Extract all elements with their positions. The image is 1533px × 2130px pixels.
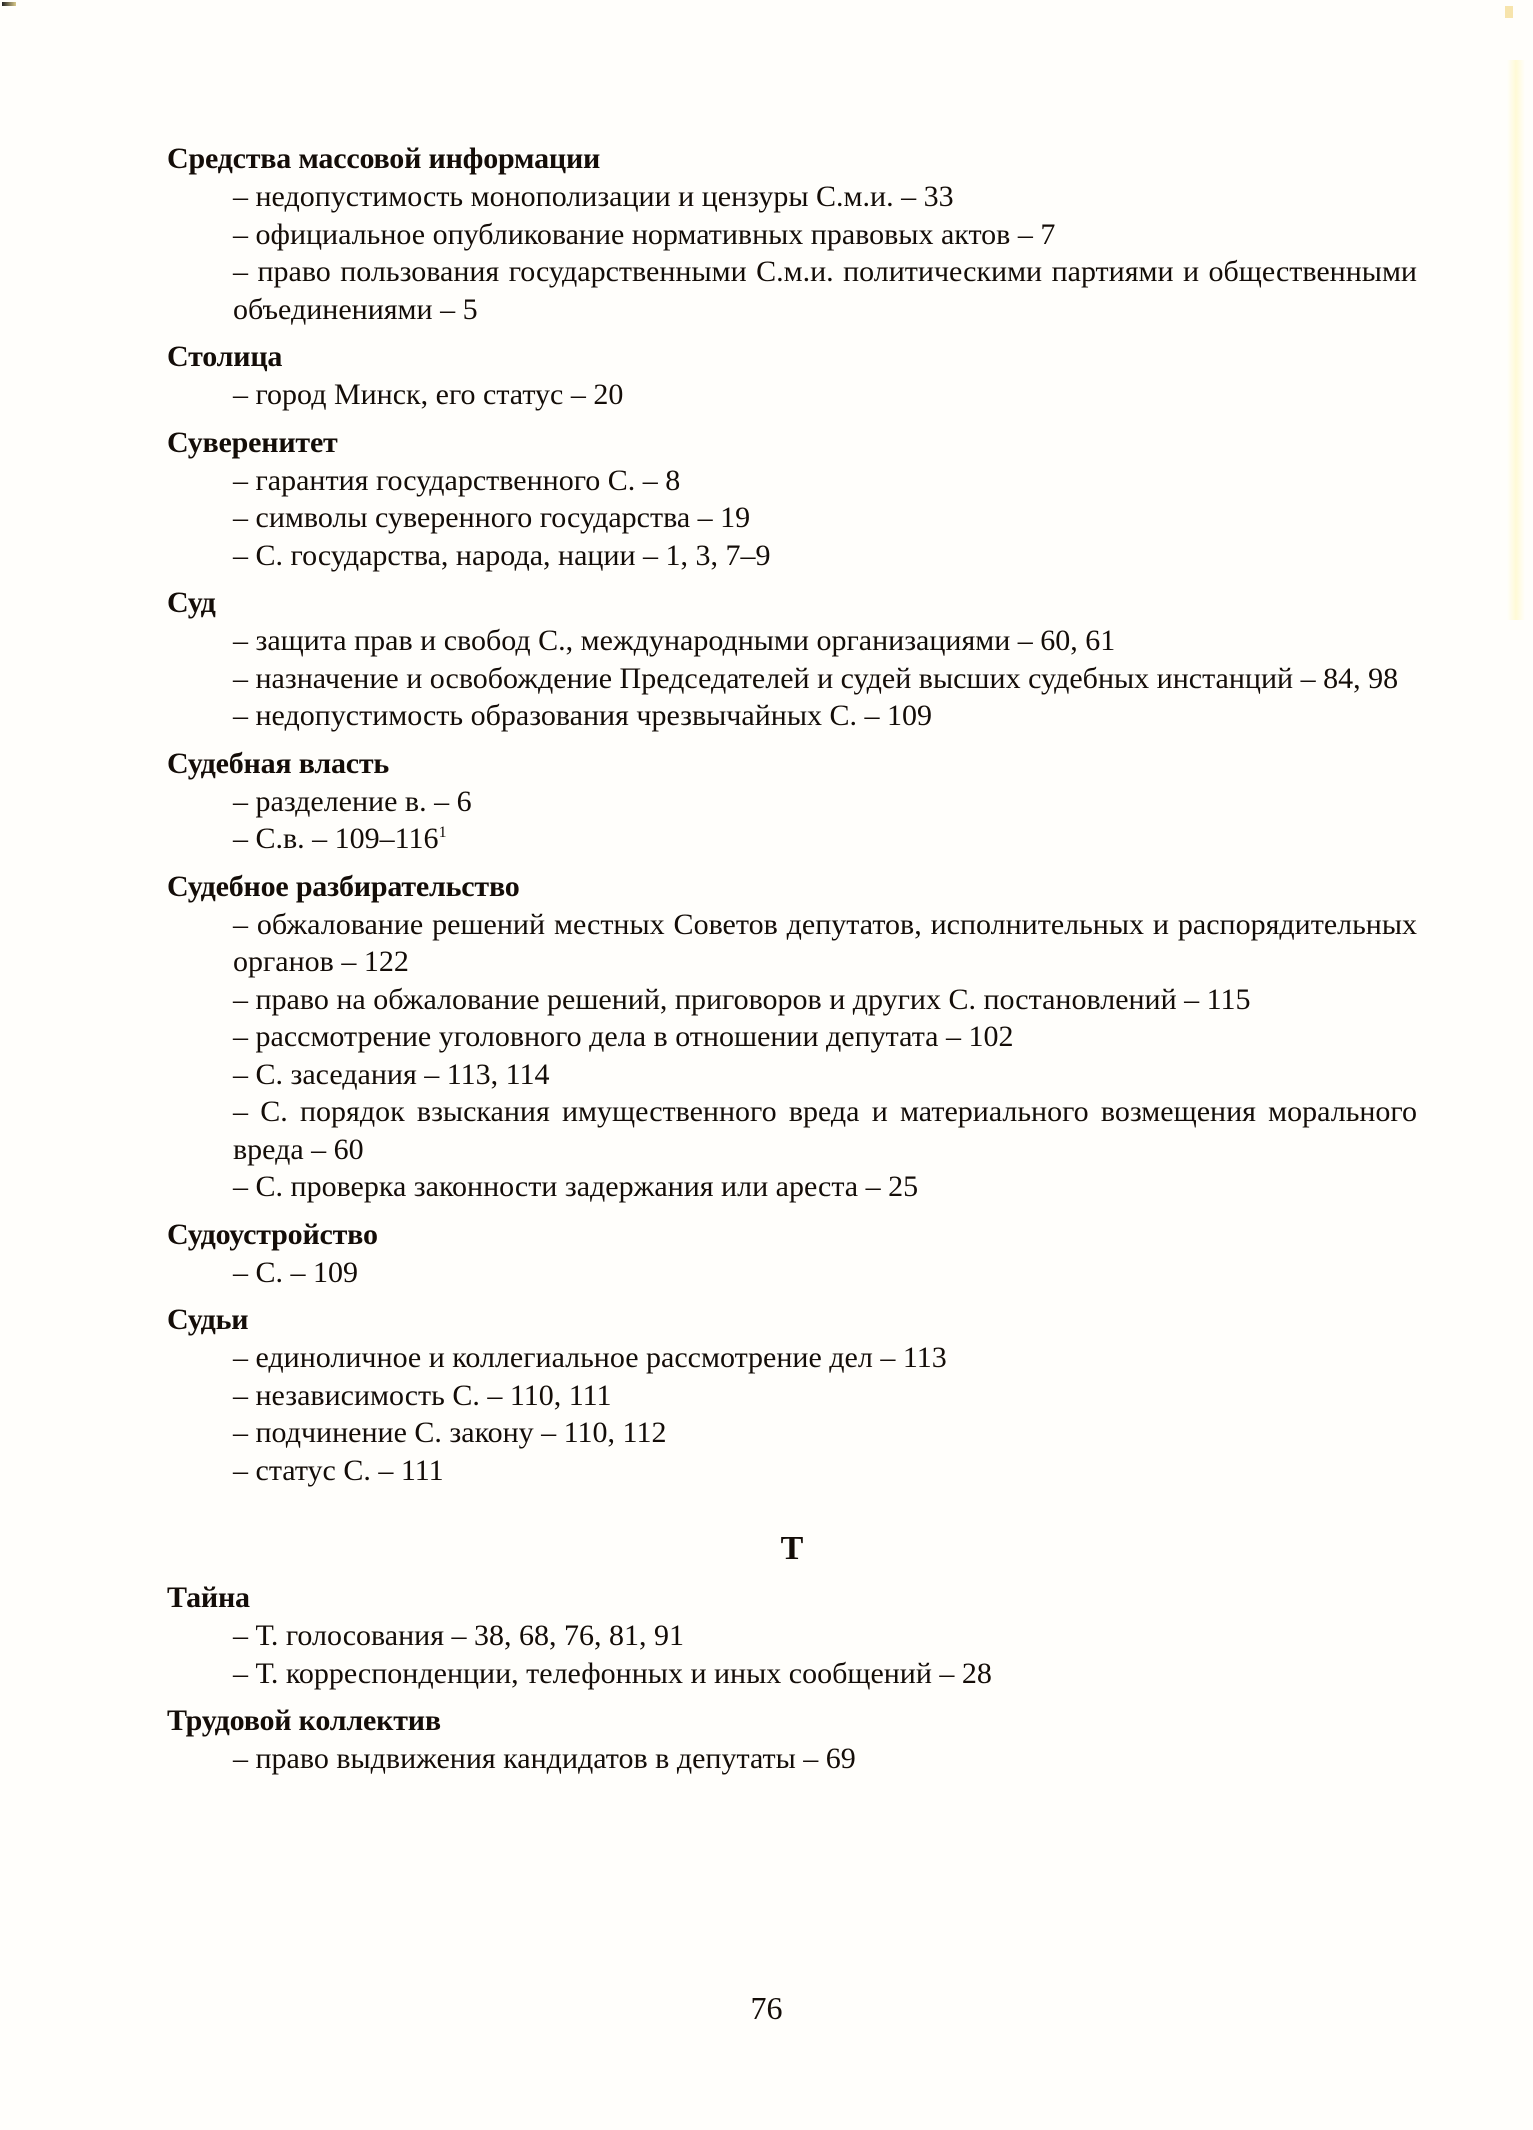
entry-title: Судоустройство — [167, 1216, 1417, 1254]
entry-item: – гарантия государственного С. – 8 — [233, 462, 1417, 500]
entry-item: – назначение и освобождение Председателе… — [233, 660, 1417, 698]
index-entry-court: Суд – защита прав и свобод С., междунаро… — [167, 584, 1417, 735]
scan-corner-mark-right — [1505, 6, 1513, 18]
entry-item-with-superscript: – С.в. – 109–1161 — [233, 820, 1417, 858]
entry-item: – разделение в. – 6 — [233, 783, 1417, 821]
entry-title: Суд — [167, 584, 1417, 622]
entry-title: Средства массовой информации — [167, 140, 1417, 178]
entry-item: – С. проверка законности задержания или … — [233, 1168, 1417, 1206]
entry-item: – Т. голосования – 38, 68, 76, 81, 91 — [233, 1617, 1417, 1655]
entry-title: Судебное разбирательство — [167, 868, 1417, 906]
entry-item: – право выдвижения кандидатов в депутаты… — [233, 1740, 1417, 1778]
index-entry-judicial-power: Судебная власть – разделение в. – 6 – С.… — [167, 745, 1417, 858]
entry-item: – С. порядок взыскания имущественного вр… — [233, 1093, 1417, 1168]
index-entry-secret: Тайна – Т. голосования – 38, 68, 76, 81,… — [167, 1579, 1417, 1692]
entry-item: – единоличное и коллегиальное рассмотрен… — [233, 1339, 1417, 1377]
page-number: 76 — [0, 1990, 1533, 2027]
entry-item: – Т. корреспонденции, телефонных и иных … — [233, 1655, 1417, 1693]
entry-title: Тайна — [167, 1579, 1417, 1617]
entry-item: – С. государства, народа, нации – 1, 3, … — [233, 537, 1417, 575]
entry-item: – официальное опубликование нормативных … — [233, 216, 1417, 254]
entry-item: – подчинение С. закону – 110, 112 — [233, 1414, 1417, 1452]
index-entry-judicial-proceedings: Судебное разбирательство – обжалование р… — [167, 868, 1417, 1206]
index-content: Средства массовой информации – недопусти… — [167, 140, 1417, 1778]
entry-item: – недопустимость монополизации и цензуры… — [233, 178, 1417, 216]
entry-item: – недопустимость образования чрезвычайны… — [233, 697, 1417, 735]
superscript: 1 — [439, 824, 447, 841]
entry-item: – символы суверенного государства – 19 — [233, 499, 1417, 537]
scan-corner-mark — [2, 2, 16, 6]
entry-item: – право пользования государственными С.м… — [233, 253, 1417, 328]
index-entry-mass-media: Средства массовой информации – недопусти… — [167, 140, 1417, 328]
entry-title: Судьи — [167, 1301, 1417, 1339]
entry-item: – независимость С. – 110, 111 — [233, 1377, 1417, 1415]
entry-title: Судебная власть — [167, 745, 1417, 783]
page-edge-shadow — [1507, 60, 1525, 620]
index-entry-judges: Судьи – единоличное и коллегиальное расс… — [167, 1301, 1417, 1489]
entry-title: Трудовой коллектив — [167, 1702, 1417, 1740]
index-entry-sovereignty: Суверенитет – гарантия государственного … — [167, 424, 1417, 575]
entry-item: – город Минск, его статус – 20 — [233, 376, 1417, 414]
entry-item: – рассмотрение уголовного дела в отношен… — [233, 1018, 1417, 1056]
entry-item: – С. заседания – 113, 114 — [233, 1056, 1417, 1094]
entry-title: Суверенитет — [167, 424, 1417, 462]
index-entry-capital: Столица – город Минск, его статус – 20 — [167, 338, 1417, 414]
entry-item: – С. – 109 — [233, 1254, 1417, 1292]
entry-item-text: – С.в. – 109–116 — [233, 822, 439, 855]
entry-item: – обжалование решений местных Советов де… — [233, 906, 1417, 981]
index-entry-labor-collective: Трудовой коллектив – право выдвижения ка… — [167, 1702, 1417, 1778]
entry-item: – статус С. – 111 — [233, 1452, 1417, 1490]
letter-section-heading: Т — [167, 1529, 1417, 1569]
index-entry-judicial-system: Судоустройство – С. – 109 — [167, 1216, 1417, 1292]
entry-item: – право на обжалование решений, приговор… — [233, 981, 1417, 1019]
entry-title: Столица — [167, 338, 1417, 376]
entry-item: – защита прав и свобод С., международным… — [233, 622, 1417, 660]
